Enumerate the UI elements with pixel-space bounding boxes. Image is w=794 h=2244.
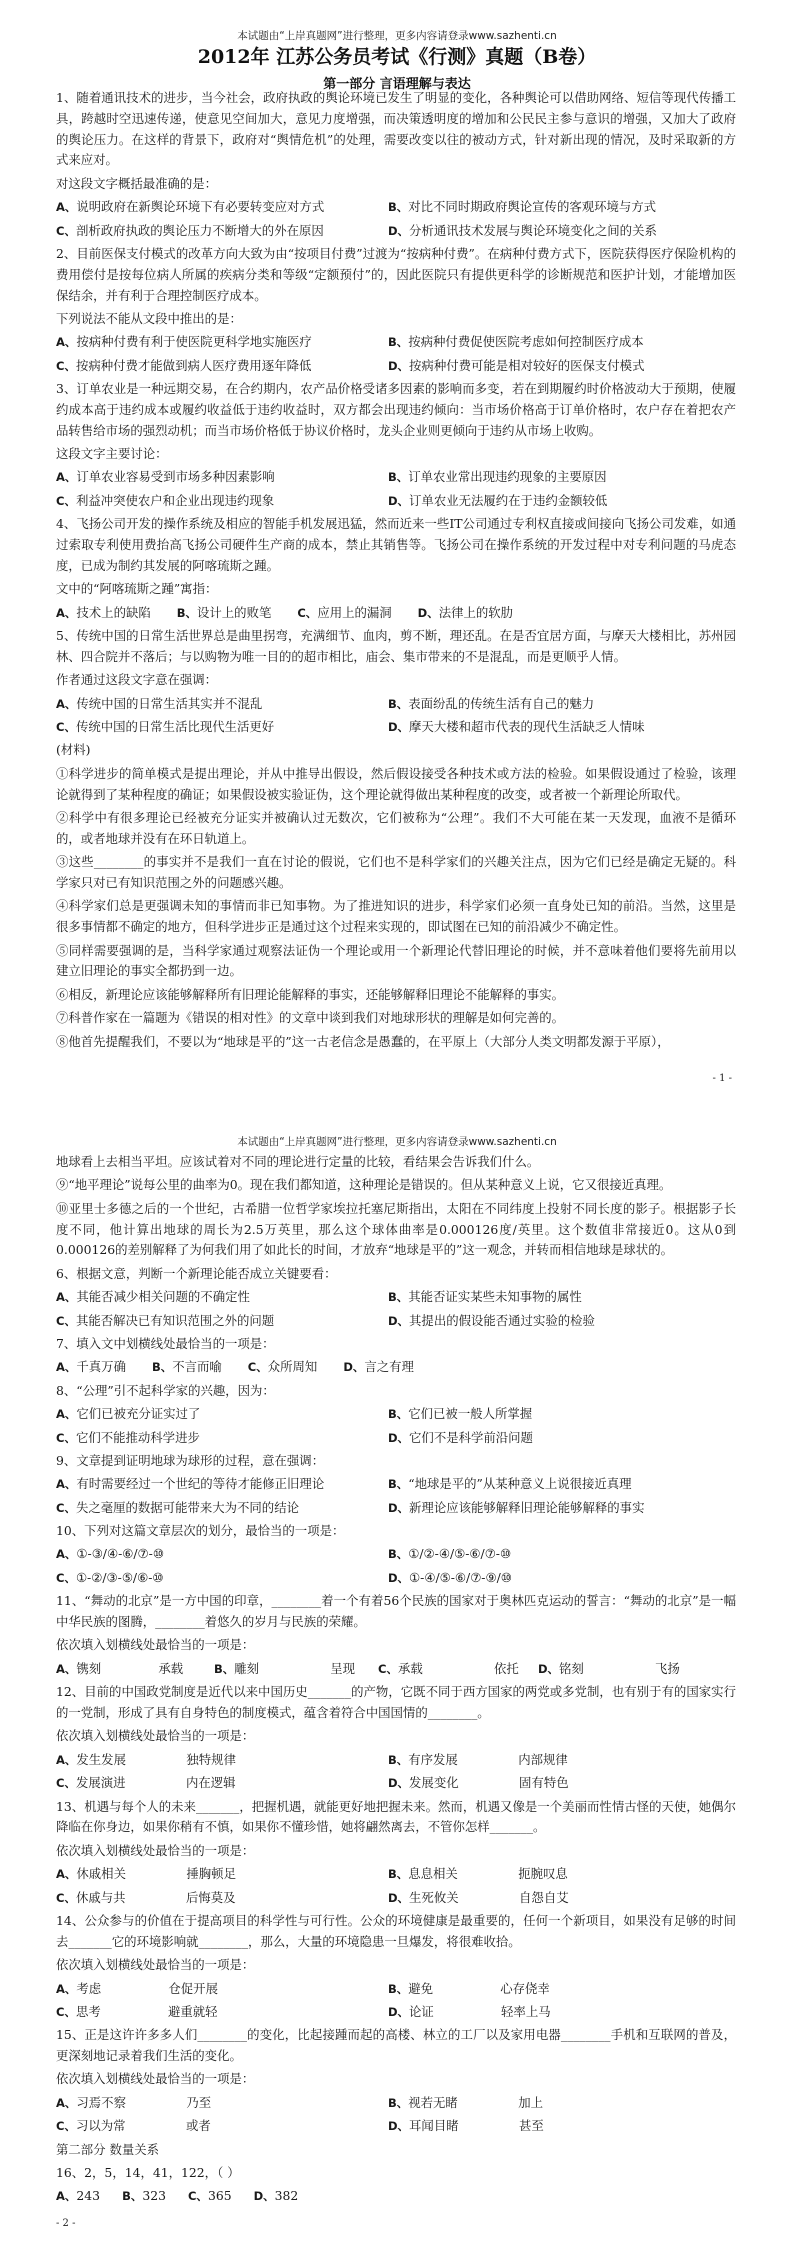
question-passage: 3、订单农业是一种远期交易，在合约期内，农产品价格受诸多因素的影响而多变，若在到… — [56, 379, 736, 441]
option-d[interactable]: D、发展变化固有特色 — [388, 1773, 736, 1796]
question-stem: 10、下列对这篇文章层次的划分，最恰当的一项是： — [56, 1521, 736, 1542]
option-a[interactable]: A、技术上的缺陷 — [56, 603, 151, 626]
options-list: A、①-③/④-⑥/⑦-⑩ B、①/②-④/⑤-⑥/⑦-⑩ C、①-②/③-⑤/… — [56, 1544, 736, 1591]
question-stem: 依次填入划横线处最恰当的一项是： — [56, 1726, 736, 1747]
option-b[interactable]: B、它们已被一般人所掌握 — [388, 1404, 736, 1427]
question-2: 2、目前医保支付模式的改革方向大致为由“按项目付费”过渡为“按病种付费”。在病种… — [56, 244, 736, 379]
option-a[interactable]: A、订单农业容易受到市场多种因素影响 — [56, 467, 388, 490]
option-a[interactable]: A、它们已被充分证实过了 — [56, 1404, 388, 1427]
question-passage: 12、目前的中国政党制度是近代以来中国历史_______的产物，它既不同于西方国… — [56, 1682, 736, 1724]
material-paragraph-1: ①科学进步的简单模式是提出理论，并从中推导出假设，然后假设接受各种技术或方法的检… — [56, 764, 736, 806]
option-a[interactable]: A、243 — [56, 2186, 100, 2209]
options-list: A、千真万确 B、不言而喻 C、众所周知 D、言之有理 — [56, 1357, 736, 1380]
question-5: 5、传统中国的日常生活世界总是曲里拐弯，充满细节、血肉，剪不断，理还乱。在是否宜… — [56, 626, 736, 740]
option-d[interactable]: D、分析通讯技术发展与舆论环境变化之间的关系 — [388, 221, 736, 244]
material-paragraph-2: ②科学中有很多理论已经被充分证实并被确认过无数次，它们被称为“公理”。我们不大可… — [56, 808, 736, 850]
option-a[interactable]: A、休戚相关捶胸顿足 — [56, 1864, 388, 1887]
question-passage: 5、传统中国的日常生活世界总是曲里拐弯，充满细节、血肉，剪不断，理还乱。在是否宜… — [56, 626, 736, 668]
question-13: 13、机遇与每个人的未来_______，把握机遇，就能更好地把握未来。然而，机遇… — [56, 1797, 736, 1911]
option-d[interactable]: D、论证轻率上马 — [388, 2002, 736, 2025]
question-stem: 文中的“阿喀琉斯之踵”寓指： — [56, 579, 736, 600]
option-d[interactable]: D、铭刻飞扬 — [538, 1659, 680, 1682]
question-6: 6、根据文意，判断一个新理论能否成立关键要看： A、其能否减少相关问题的不确定性… — [56, 1264, 736, 1334]
material-paragraph-6: ⑥相反，新理论应该能够解释所有旧理论能解释的事实，还能够解释旧理论不能解释的事实… — [56, 985, 736, 1006]
question-stem: 8、“公理”引不起科学家的兴趣，因为： — [56, 1381, 736, 1402]
options-list: A、传统中国的日常生活其实并不混乱 B、表面纷乱的传统生活有自己的魅力 C、传统… — [56, 694, 736, 741]
question-stem: 这段文字主要讨论： — [56, 444, 736, 465]
question-passage: 13、机遇与每个人的未来_______，把握机遇，就能更好地把握未来。然而，机遇… — [56, 1797, 736, 1839]
question-7: 7、填入文中划横线处最恰当的一项是： A、千真万确 B、不言而喻 C、众所周知 … — [56, 1334, 736, 1381]
option-b[interactable]: B、323 — [122, 2186, 166, 2209]
option-d[interactable]: D、382 — [254, 2186, 299, 2209]
material-paragraph-3: ③这些________的事实并不是我们一直在讨论的假说，它们也不是科学家们的兴趣… — [56, 852, 736, 894]
page-2-content: 地球看上去相当平坦。应该试着对不同的理论进行定量的比较，看结果会告诉我们什么。 … — [56, 1152, 736, 2210]
option-c[interactable]: C、众所周知 — [248, 1357, 318, 1380]
question-stem: 对这段文字概括最准确的是： — [56, 174, 736, 195]
option-c[interactable]: C、它们不能推动科学进步 — [56, 1428, 388, 1451]
option-b[interactable]: B、“地球是平的”从某种意义上说很接近真理 — [388, 1474, 736, 1497]
options-list: A、习焉不察乃至 B、视若无睹加上 C、习以为常或者 D、耳闻目睹甚至 — [56, 2093, 736, 2140]
option-c[interactable]: C、习以为常或者 — [56, 2116, 388, 2139]
question-10: 10、下列对这篇文章层次的划分，最恰当的一项是： A、①-③/④-⑥/⑦-⑩ B… — [56, 1521, 736, 1591]
question-9: 9、文章提到证明地球为球形的过程，意在强调： A、有时需要经过一个世纪的等待才能… — [56, 1451, 736, 1521]
option-c[interactable]: C、利益冲突使农户和企业出现违约现象 — [56, 491, 388, 514]
option-d[interactable]: D、按病种付费可能是相对较好的医保支付模式 — [388, 356, 736, 379]
option-c[interactable]: C、应用上的漏洞 — [297, 603, 391, 626]
option-a[interactable]: A、发生发展独特规律 — [56, 1750, 388, 1773]
question-14: 14、公众参与的价值在于提高项目的科学性与可行性。公众的环境健康是最重要的，任何… — [56, 1911, 736, 2025]
option-c[interactable]: C、失之毫厘的数据可能带来大为不同的结论 — [56, 1498, 388, 1521]
option-c[interactable]: C、按病种付费才能做到病人医疗费用逐年降低 — [56, 356, 388, 379]
option-b[interactable]: B、订单农业常出现违约现象的主要原因 — [388, 467, 736, 490]
option-a[interactable]: A、其能否减少相关问题的不确定性 — [56, 1287, 388, 1310]
option-c[interactable]: C、其能否解决已有知识范围之外的问题 — [56, 1311, 388, 1334]
options-list: A、有时需要经过一个世纪的等待才能修正旧理论 B、“地球是平的”从某种意义上说很… — [56, 1474, 736, 1521]
option-c[interactable]: C、剖析政府执政的舆论压力不断增大的外在原因 — [56, 221, 388, 244]
question-passage: 11、“舞动的北京”是一方中国的印章，________着一个有着56个民族的国家… — [56, 1591, 736, 1633]
option-d[interactable]: D、摩天大楼和超市代表的现代生活缺乏人情味 — [388, 717, 736, 740]
option-c[interactable]: C、①-②/③-⑤/⑥-⑩ — [56, 1568, 388, 1591]
option-b[interactable]: B、其能否证实某些未知事物的属性 — [388, 1287, 736, 1310]
question-12: 12、目前的中国政党制度是近代以来中国历史_______的产物，它既不同于西方国… — [56, 1682, 736, 1796]
option-b[interactable]: B、表面纷乱的传统生活有自己的魅力 — [388, 694, 736, 717]
option-d[interactable]: D、订单农业无法履约在于违约金额较低 — [388, 491, 736, 514]
option-b[interactable]: B、雕刻呈现 — [214, 1659, 378, 1682]
material-paragraph-7: ⑦科普作家在一篇题为《错误的相对性》的文章中谈到我们对地球形状的理解是如何完善的… — [56, 1008, 736, 1029]
reading-material: (材料) ①科学进步的简单模式是提出理论，并从中推导出假设，然后假设接受各种技术… — [56, 740, 736, 1052]
option-b[interactable]: B、视若无睹加上 — [388, 2093, 736, 2116]
option-a[interactable]: A、千真万确 — [56, 1357, 126, 1380]
question-stem: 依次填入划横线处最恰当的一项是： — [56, 1635, 736, 1656]
options-list: A、它们已被充分证实过了 B、它们已被一般人所掌握 C、它们不能推动科学进步 D… — [56, 1404, 736, 1451]
option-c[interactable]: C、365 — [188, 2186, 232, 2209]
option-a[interactable]: A、考虑仓促开展 — [56, 1979, 388, 2002]
material-continuation: 地球看上去相当平坦。应该试着对不同的理论进行定量的比较，看结果会告诉我们什么。 — [56, 1152, 736, 1173]
question-15: 15、正是这许许多多人们________的变化，比起接踵而起的高楼、林立的工厂以… — [56, 2025, 736, 2139]
option-c[interactable]: C、传统中国的日常生活比现代生活更好 — [56, 717, 388, 740]
question-stem: 依次填入划横线处最恰当的一项是： — [56, 2069, 736, 2090]
option-a[interactable]: A、按病种付费有利于使医院更科学地实施医疗 — [56, 332, 388, 355]
option-b[interactable]: B、息息相关扼腕叹息 — [388, 1864, 736, 1887]
option-c[interactable]: C、休戚与共后悔莫及 — [56, 1888, 388, 1911]
options-list: A、说明政府在新舆论环境下有必要转变应对方式 B、对比不同时期政府舆论宣传的客观… — [56, 197, 736, 244]
document-title: 2012年 江苏公务员考试《行测》真题（B卷） — [0, 42, 794, 69]
options-list: A、考虑仓促开展 B、避免心存侥幸 C、思考避重就轻 D、论证轻率上马 — [56, 1979, 736, 2026]
question-3: 3、订单农业是一种远期交易，在合约期内，农产品价格受诸多因素的影响而多变，若在到… — [56, 379, 736, 514]
option-d[interactable]: D、它们不是科学前沿问题 — [388, 1428, 736, 1451]
option-c[interactable]: C、思考避重就轻 — [56, 2002, 388, 2025]
question-stem: 作者通过这段文字意在强调： — [56, 670, 736, 691]
document-page-2: 本试题由“上岸真题网”进行整理，更多内容请登录www.sazhenti.cn 地… — [0, 1122, 794, 2244]
options-list: A、243 B、323 C、365 D、382 — [56, 2186, 736, 2209]
question-stem: 依次填入划横线处最恰当的一项是： — [56, 1841, 736, 1862]
question-passage: 1、随着通讯技术的进步，当今社会，政府执政的舆论环境已发生了明显的变化，各种舆论… — [56, 88, 736, 171]
option-d[interactable]: D、耳闻目睹甚至 — [388, 2116, 736, 2139]
option-d[interactable]: D、①-④/⑤-⑥/⑦-⑨/⑩ — [388, 1568, 736, 1591]
option-b[interactable]: B、设计上的败笔 — [177, 603, 272, 626]
option-b[interactable]: B、对比不同时期政府舆论宣传的客观环境与方式 — [388, 197, 736, 220]
options-list: A、其能否减少相关问题的不确定性 B、其能否证实某些未知事物的属性 C、其能否解… — [56, 1287, 736, 1334]
section-title-quantitative: 第二部分 数量关系 — [56, 2140, 736, 2161]
option-b[interactable]: B、按病种付费促使医院考虑如何控制医疗成本 — [388, 332, 736, 355]
option-b[interactable]: B、不言而喻 — [152, 1357, 222, 1380]
question-11: 11、“舞动的北京”是一方中国的印章，________着一个有着56个民族的国家… — [56, 1591, 736, 1682]
options-list: A、按病种付费有利于使医院更科学地实施医疗 B、按病种付费促使医院考虑如何控制医… — [56, 332, 736, 379]
material-paragraph-9: ⑨“地平理论”说每公里的曲率为0。现在我们都知道，这种理论是错误的。但从某种意义… — [56, 1175, 736, 1196]
material-paragraph-10: ⑩亚里士多德之后的一个世纪，古希腊一位哲学家埃拉托塞尼斯指出，太阳在不同纬度上投… — [56, 1199, 736, 1261]
page-header-watermark: 本试题由“上岸真题网”进行整理，更多内容请登录www.sazhenti.cn — [0, 1134, 794, 1149]
option-d[interactable]: D、言之有理 — [343, 1357, 414, 1380]
question-stem: 依次填入划横线处最恰当的一项是： — [56, 1955, 736, 1976]
question-stem: 6、根据文意，判断一个新理论能否成立关键要看： — [56, 1264, 736, 1285]
options-list: A、技术上的缺陷 B、设计上的败笔 C、应用上的漏洞 D、法律上的软肋 — [56, 603, 736, 626]
options-list: A、休戚相关捶胸顿足 B、息息相关扼腕叹息 C、休戚与共后悔莫及 D、生死攸关自… — [56, 1864, 736, 1911]
option-c[interactable]: C、发展演进内在逻辑 — [56, 1773, 388, 1796]
question-stem: 7、填入文中划横线处最恰当的一项是： — [56, 1334, 736, 1355]
page-header-watermark: 本试题由“上岸真题网”进行整理，更多内容请登录www.sazhenti.cn — [0, 28, 794, 43]
question-stem: 下列说法不能从文段中推出的是： — [56, 309, 736, 330]
material-label: (材料) — [56, 740, 736, 761]
option-a[interactable]: A、说明政府在新舆论环境下有必要转变应对方式 — [56, 197, 388, 220]
options-list: A、订单农业容易受到市场多种因素影响 B、订单农业常出现违约现象的主要原因 C、… — [56, 467, 736, 514]
question-passage: 15、正是这许许多多人们________的变化，比起接踵而起的高楼、林立的工厂以… — [56, 2025, 736, 2067]
option-d[interactable]: D、生死攸关自怨自艾 — [388, 1888, 736, 1911]
question-stem: 9、文章提到证明地球为球形的过程，意在强调： — [56, 1451, 736, 1472]
page-number: - 2 - — [56, 2218, 75, 2229]
question-passage: 14、公众参与的价值在于提高项目的科学性与可行性。公众的环境健康是最重要的，任何… — [56, 1911, 736, 1953]
option-a[interactable]: A、镌刻承载 — [56, 1659, 214, 1682]
option-b[interactable]: B、①/②-④/⑤-⑥/⑦-⑩ — [388, 1544, 736, 1567]
page-1-content: 1、随着通讯技术的进步，当今社会，政府执政的舆论环境已发生了明显的变化，各种舆论… — [56, 88, 736, 1055]
option-a[interactable]: A、传统中国的日常生活其实并不混乱 — [56, 694, 388, 717]
material-paragraph-5: ⑤同样需要强调的是，当科学家通过观察法证伪一个理论或用一个新理论代替旧理论的时候… — [56, 941, 736, 983]
option-d[interactable]: D、其提出的假设能否通过实验的检验 — [388, 1311, 736, 1334]
option-a[interactable]: A、有时需要经过一个世纪的等待才能修正旧理论 — [56, 1474, 388, 1497]
options-list: A、发生发展独特规律 B、有序发展内部规律 C、发展演进内在逻辑 D、发展变化固… — [56, 1750, 736, 1797]
options-list: A、镌刻承载 B、雕刻呈现 C、承载依托 D、铭刻飞扬 — [56, 1659, 736, 1682]
question-passage: 2、目前医保支付模式的改革方向大致为由“按项目付费”过渡为“按病种付费”。在病种… — [56, 244, 736, 306]
question-stem: 16、2，5，14，41，122，（ ） — [56, 2163, 736, 2184]
question-passage: 4、飞扬公司开发的操作系统及相应的智能手机发展迅猛，然而近来一些IT公司通过专利… — [56, 514, 736, 576]
document-page-1: 本试题由“上岸真题网”进行整理，更多内容请登录www.sazhenti.cn 2… — [0, 0, 794, 1110]
option-a[interactable]: A、习焉不察乃至 — [56, 2093, 388, 2116]
material-paragraph-4: ④科学家们总是更强调未知的事情而非已知事物。为了推进知识的进步，科学家们必须一直… — [56, 896, 736, 938]
question-1: 1、随着通讯技术的进步，当今社会，政府执政的舆论环境已发生了明显的变化，各种舆论… — [56, 88, 736, 244]
option-d[interactable]: D、新理论应该能够解释旧理论能够解释的事实 — [388, 1498, 736, 1521]
option-b[interactable]: B、有序发展内部规律 — [388, 1750, 736, 1773]
option-d[interactable]: D、法律上的软肋 — [418, 603, 513, 626]
question-16: 16、2，5，14，41，122，（ ） A、243 B、323 C、365 D… — [56, 2163, 736, 2210]
question-8: 8、“公理”引不起科学家的兴趣，因为： A、它们已被充分证实过了 B、它们已被一… — [56, 1381, 736, 1451]
option-a[interactable]: A、①-③/④-⑥/⑦-⑩ — [56, 1544, 388, 1567]
option-c[interactable]: C、承载依托 — [378, 1659, 538, 1682]
option-b[interactable]: B、避免心存侥幸 — [388, 1979, 736, 2002]
material-paragraph-8: ⑧他首先提醒我们，不要以为“地球是平的”这一古老信念是愚蠢的，在平原上（大部分人… — [56, 1032, 736, 1053]
page-number: - 1 - — [713, 1073, 732, 1084]
question-4: 4、飞扬公司开发的操作系统及相应的智能手机发展迅猛，然而近来一些IT公司通过专利… — [56, 514, 736, 626]
